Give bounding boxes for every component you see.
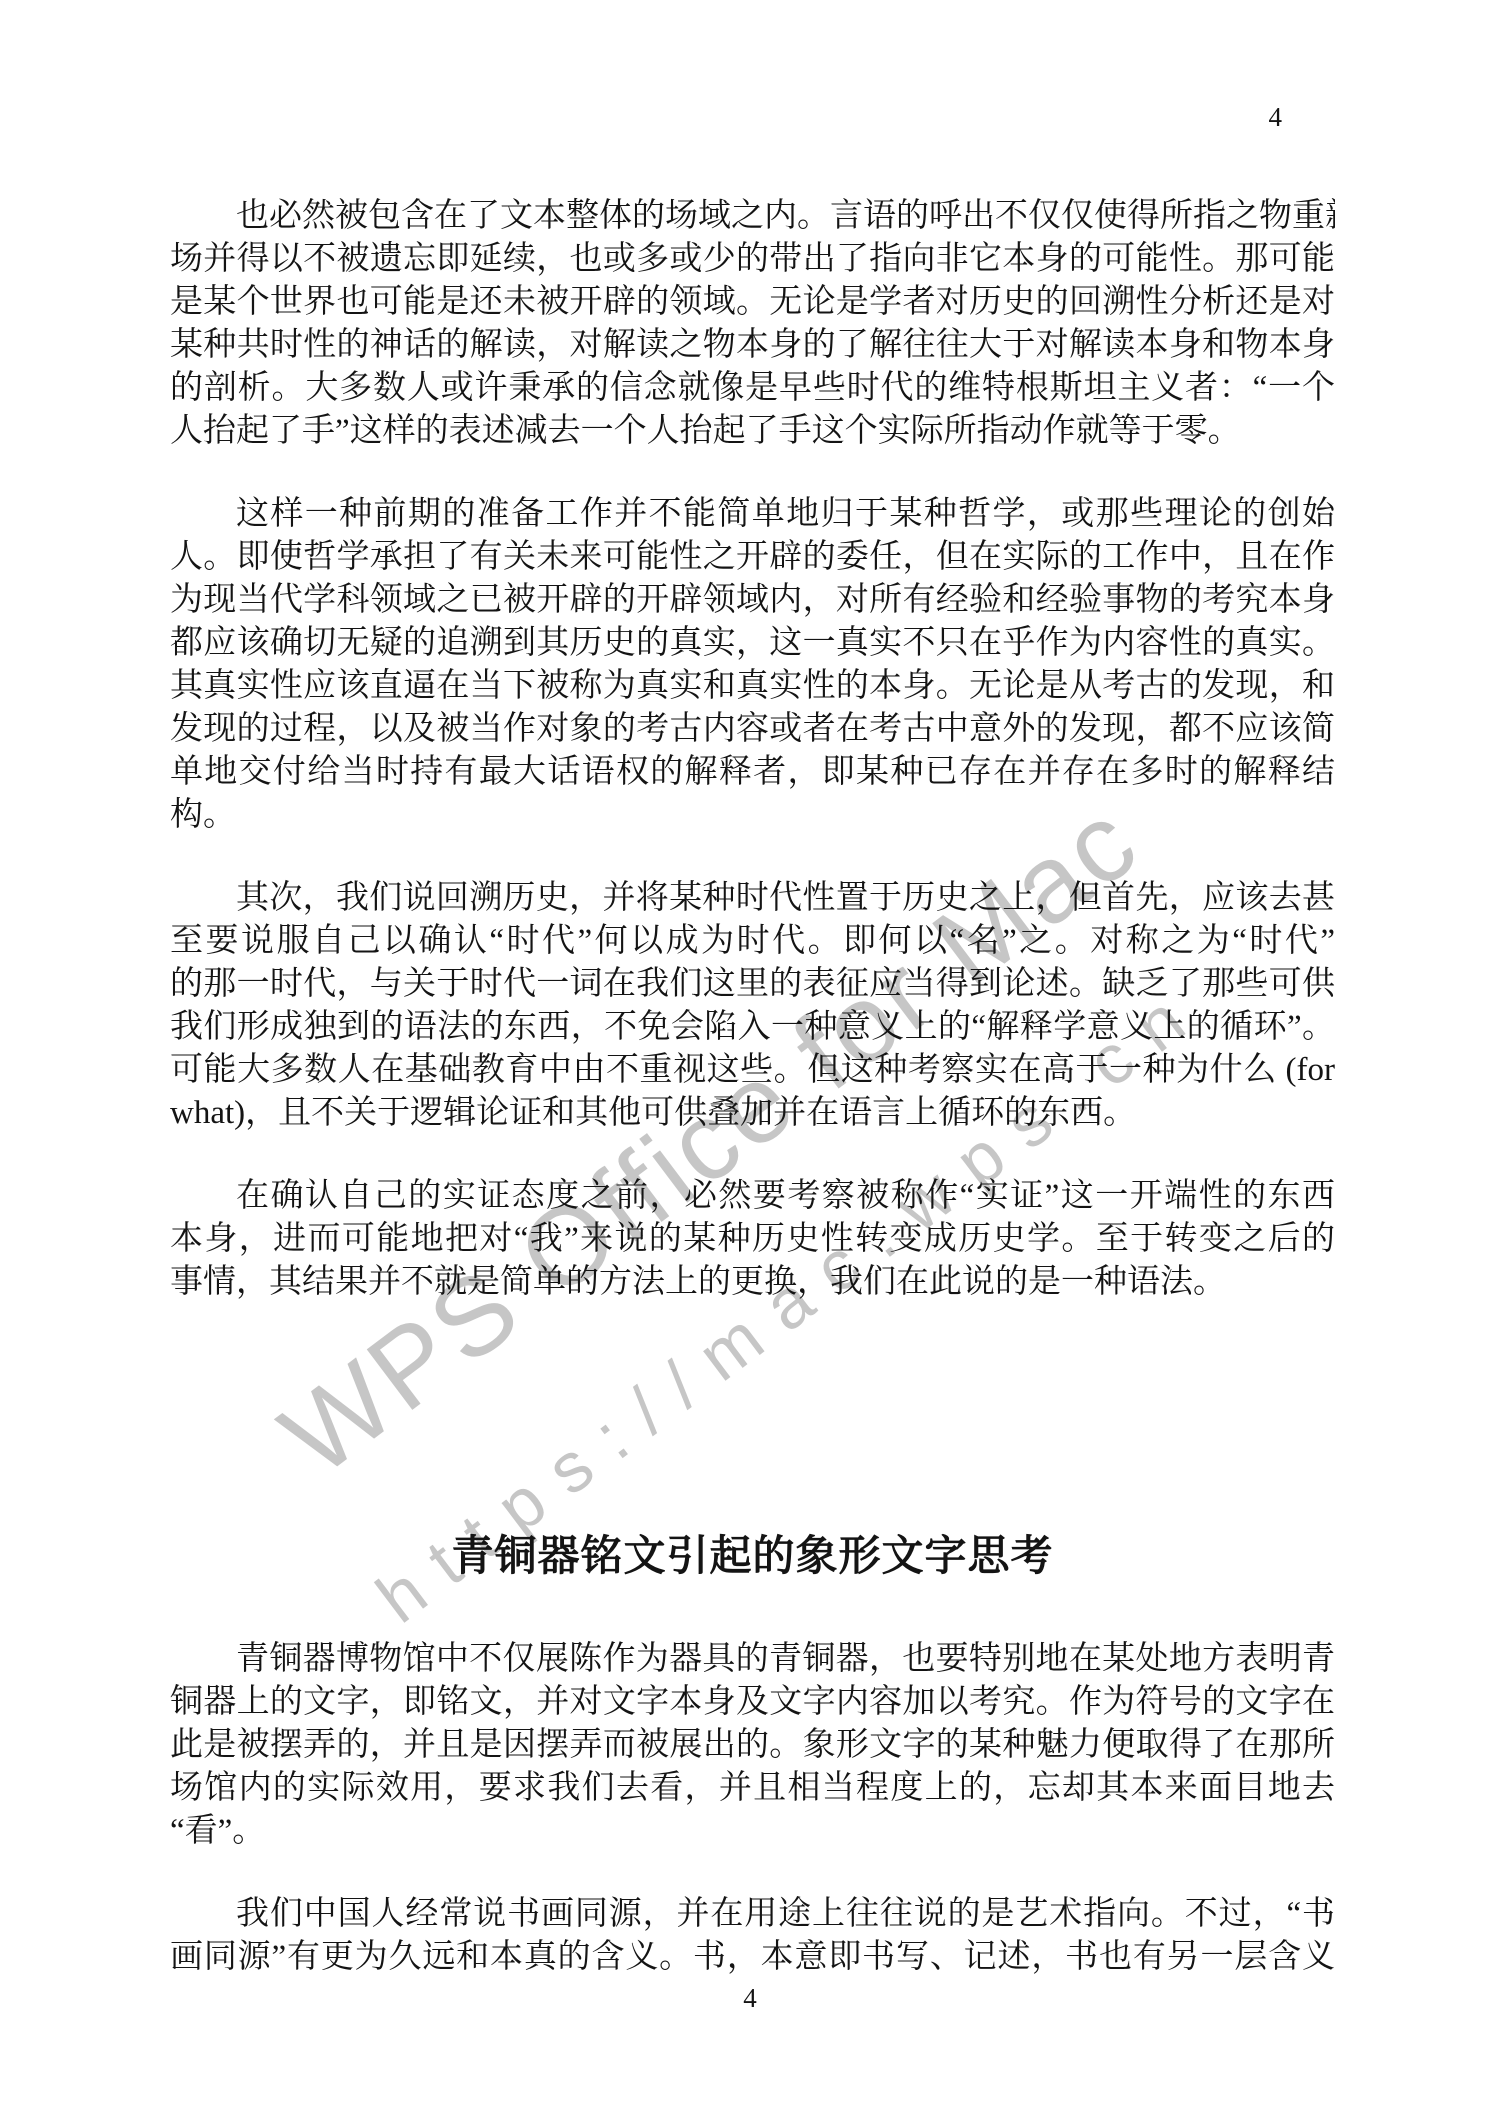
text-line: 都应该确切无疑的追溯到其历史的真实，这一真实不只在乎作为内容性的真实。 [170,622,1335,665]
text-line: 为现当代学科领域之已被开辟的开辟领域内，对所有经验和经验事物的考究本身 [170,579,1335,622]
text-line: 铜器上的文字，即铭文，并对文字本身及文字内容加以考究。作为符号的文字在 [170,1681,1335,1724]
text-line: 至要说服自己以确认“时代”何以成为时代。即何以“名”之。对称之为“时代” [170,920,1335,963]
text-line: 其真实性应该直逼在当下被称为真实和真实性的本身。无论是从考古的发现，和 [170,665,1335,708]
text-line: 在确认自己的实证态度之前，必然要考察被称作“实证”这一开端性的东西 [170,1175,1335,1218]
text-line: 其次，我们说回溯历史，并将某种时代性置于历史之上，但首先，应该去甚 [170,877,1335,920]
text-line: 发现的过程，以及被当作对象的考古内容或者在考古中意外的发现，都不应该简 [170,708,1335,751]
text-line: 人抬起了手”这样的表述减去一个人抬起了手这个实际所指动作就等于零。 [170,410,1335,453]
text-line: 此是被摆弄的，并且是因摆弄而被展出的。象形文字的某种魅力便取得了在那所 [170,1724,1335,1767]
text-line: 我们形成独到的语法的东西，不免会陷入一种意义上的“解释学意义上的循环”。 [170,1006,1335,1049]
paragraph: 青铜器博物馆中不仅展陈作为器具的青铜器，也要特别地在某处地方表明青铜器上的文字，… [170,1638,1335,1853]
text-line: 某种共时性的神话的解读，对解读之物本身的了解往往大于对解读本身和物本身 [170,324,1335,367]
paragraph: 我们中国人经常说书画同源，并在用途上往往说的是艺术指向。不过，“书画同源”有更为… [170,1893,1335,1979]
text-line: 单地交付给当时持有最大话语权的解释者，即某种已存在并存在多时的解释结 [170,751,1335,794]
text-line: 画同源”有更为久远和本真的含义。书，本意即书写、记述，书也有另一层含义 [170,1936,1335,1979]
text-line: 的剖析。大多数人或许秉承的信念就像是早些时代的维特根斯坦主义者：“一个 [170,367,1335,410]
text-line: 的那一时代，与关于时代一词在我们这里的表征应当得到论述。缺乏了那些可供 [170,963,1335,1006]
paragraph: 也必然被包含在了文本整体的场域之内。言语的呼出不仅仅使得所指之物重新在场并得以不… [170,195,1335,453]
document-page: 4 WPS Office for Mac https://mac.wps.cn … [0,0,1500,2122]
text-line: 构。 [170,794,1335,837]
text-line: 场并得以不被遗忘即延续，也或多或少的带出了指向非它本身的可能性。那可能 [170,238,1335,281]
text-line: 场馆内的实际效用，要求我们去看，并且相当程度上的，忘却其本来面目地去 [170,1767,1335,1810]
text-line: 可能大多数人在基础教育中由不重视这些。但这种考察实在高于一种为什么 (for [170,1049,1335,1092]
text-line: “看”。 [170,1810,1335,1853]
document-body: 也必然被包含在了文本整体的场域之内。言语的呼出不仅仅使得所指之物重新在场并得以不… [170,195,1335,2019]
text-line: what)，且不关于逻辑论证和其他可供叠加并在语言上循环的东西。 [170,1092,1335,1135]
text-line: 这样一种前期的准备工作并不能简单地归于某种哲学，或那些理论的创始 [170,493,1335,536]
text-line: 是某个世界也可能是还未被开辟的领域。无论是学者对历史的回溯性分析还是对 [170,281,1335,324]
text-line: 青铜器博物馆中不仅展陈作为器具的青铜器，也要特别地在某处地方表明青 [170,1638,1335,1681]
section-heading: 青铜器铭文引起的象形文字思考 [170,1528,1335,1586]
text-line: 事情，其结果并不就是简单的方法上的更换，我们在此说的是一种语法。 [170,1261,1335,1304]
footer-page-number: 4 [0,1982,1500,2014]
text-line: 我们中国人经常说书画同源，并在用途上往往说的是艺术指向。不过，“书 [170,1893,1335,1936]
header-page-number: 4 [0,101,1282,133]
text-line: 本身，进而可能地把对“我”来说的某种历史性转变成历史学。至于转变之后的 [170,1218,1335,1261]
paragraph: 这样一种前期的准备工作并不能简单地归于某种哲学，或那些理论的创始人。即使哲学承担… [170,493,1335,837]
paragraph: 在确认自己的实证态度之前，必然要考察被称作“实证”这一开端性的东西本身，进而可能… [170,1175,1335,1304]
text-line: 人。即使哲学承担了有关未来可能性之开辟的委任，但在实际的工作中，且在作 [170,536,1335,579]
text-line: 也必然被包含在了文本整体的场域之内。言语的呼出不仅仅使得所指之物重新在 [170,195,1335,238]
paragraph: 其次，我们说回溯历史，并将某种时代性置于历史之上，但首先，应该去甚至要说服自己以… [170,877,1335,1135]
